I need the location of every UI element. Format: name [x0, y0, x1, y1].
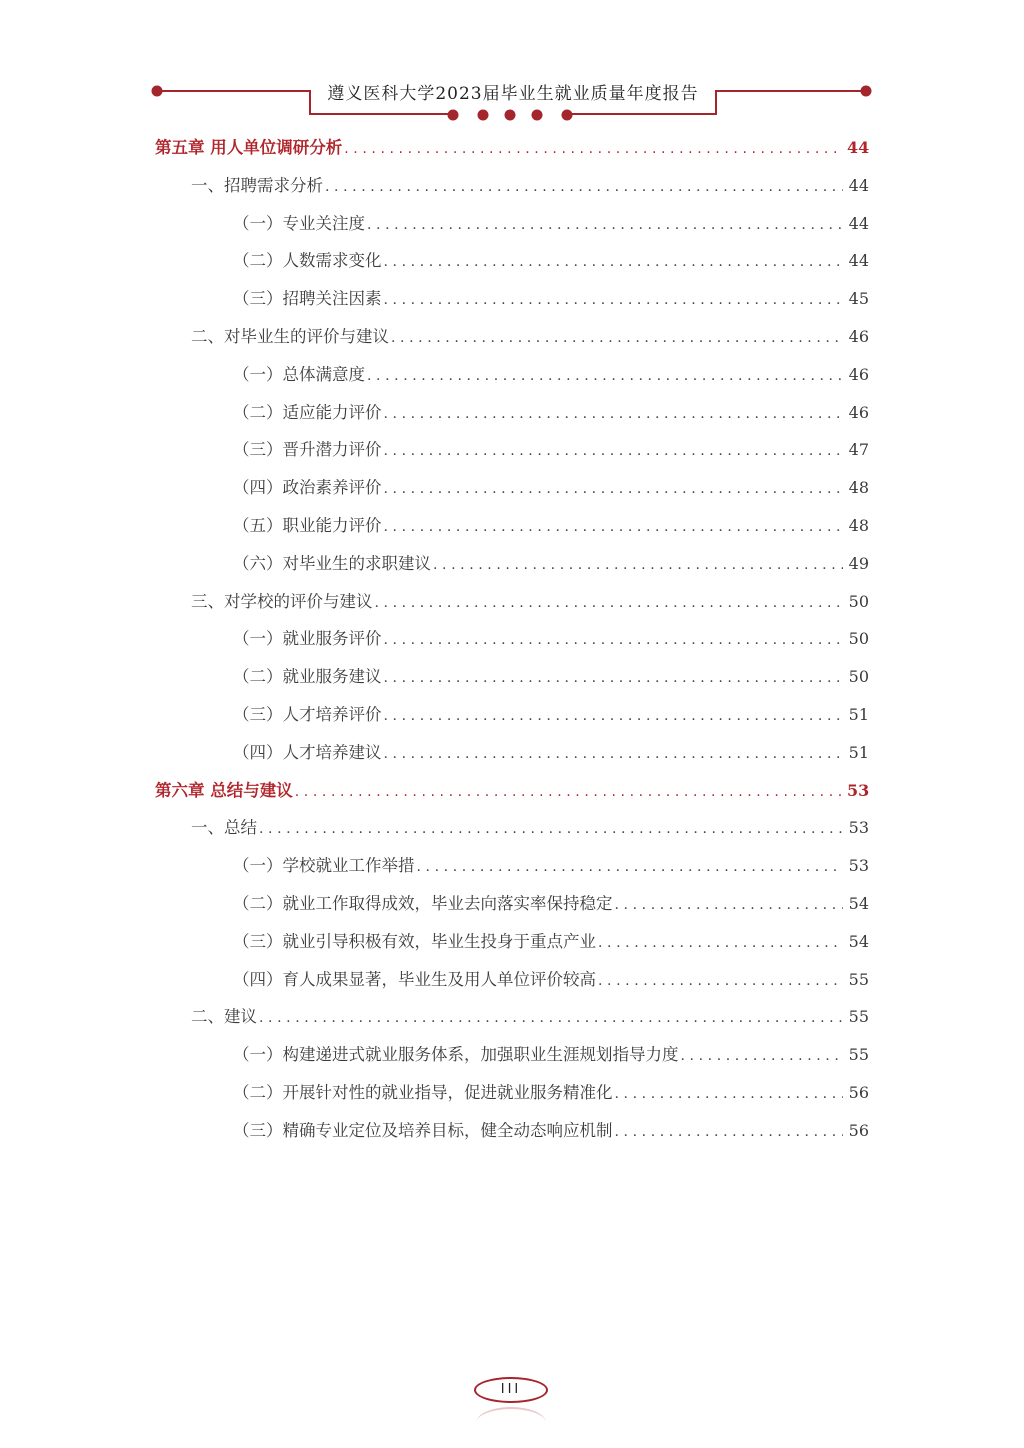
toc-subsection-entry[interactable]: （三）就业引导积极有效，毕业生投身于重点产业54: [233, 928, 869, 956]
toc-entry-label: （二）开展针对性的就业指导，促进就业服务精准化: [233, 1079, 613, 1107]
toc-entry-label: （三）就业引导积极有效，毕业生投身于重点产业: [233, 928, 596, 956]
toc-subsection-entry[interactable]: （一）就业服务评价50: [233, 625, 869, 653]
dot-leader: [615, 891, 844, 919]
toc-entry-label: （一）总体满意度: [233, 361, 365, 389]
dot-leader: [384, 400, 844, 428]
toc-section-entry[interactable]: 二、对毕业生的评价与建议46: [191, 323, 869, 351]
toc-subsection-entry[interactable]: （二）就业工作取得成效，毕业去向落实率保持稳定54: [233, 890, 869, 918]
toc-section-entry[interactable]: 一、总结53: [191, 814, 869, 842]
toc-entry-page: 51: [847, 701, 869, 729]
toc-entry-label: 一、招聘需求分析: [191, 172, 323, 200]
toc-entry-page: 56: [847, 1079, 869, 1107]
toc-subsection-entry[interactable]: （一）学校就业工作举措53: [233, 852, 869, 880]
toc-subsection-entry[interactable]: （四）政治素养评价48: [233, 474, 869, 502]
toc-entry-page: 53: [847, 777, 869, 805]
toc-entry-label: （四）政治素养评价: [233, 474, 382, 502]
dot-leader: [259, 815, 843, 843]
toc-section-entry[interactable]: 一、招聘需求分析44: [191, 172, 869, 200]
toc-entry-page: 45: [847, 285, 869, 313]
dot-leader: [384, 286, 844, 314]
dot-leader: [417, 853, 844, 881]
report-title: 遵义医科大学2023届毕业生就业质量年度报告: [310, 79, 716, 104]
toc-subsection-entry[interactable]: （三）精确专业定位及培养目标，健全动态响应机制56: [233, 1117, 869, 1145]
dot-leader: [681, 1042, 844, 1070]
dot-leader: [433, 551, 843, 579]
dot-leader: [391, 324, 843, 352]
toc-entry-page: 53: [847, 852, 869, 880]
dot-leader: [259, 1004, 843, 1032]
toc-entry-label: （四）育人成果显著，毕业生及用人单位评价较高: [233, 966, 596, 994]
toc-entry-label: （二）就业工作取得成效，毕业去向落实率保持稳定: [233, 890, 613, 918]
dot-leader: [598, 929, 843, 957]
toc-entry-page: 50: [847, 663, 869, 691]
toc-entry-label: （三）精确专业定位及培养目标，健全动态响应机制: [233, 1117, 613, 1145]
toc-subsection-entry[interactable]: （六）对毕业生的求职建议49: [233, 550, 869, 578]
toc-entry-label: （一）专业关注度: [233, 210, 365, 238]
page-number-reflection: [476, 1407, 546, 1423]
toc-entry-page: 54: [847, 890, 869, 918]
toc-entry-page: 46: [847, 323, 869, 351]
toc-entry-label: （二）适应能力评价: [233, 399, 382, 427]
toc-section-entry[interactable]: 三、对学校的评价与建议50: [191, 588, 869, 616]
page-header: 遵义医科大学2023届毕业生就业质量年度报告: [0, 0, 1024, 130]
page-footer: III: [472, 1375, 552, 1425]
ornament-dot-right: [861, 86, 872, 97]
toc-subsection-entry[interactable]: （四）人才培养建议51: [233, 739, 869, 767]
toc-entry-label: （五）职业能力评价: [233, 512, 382, 540]
toc-subsection-entry[interactable]: （一）总体满意度46: [233, 361, 869, 389]
dot-leader: [384, 702, 844, 730]
toc-entry-label: 一、总结: [191, 814, 257, 842]
toc-entry-label: （四）人才培养建议: [233, 739, 382, 767]
toc-entry-page: 50: [847, 625, 869, 653]
dot-leader: [344, 135, 843, 163]
toc-entry-page: 50: [847, 588, 869, 616]
toc-entry-label: （二）人数需求变化: [233, 247, 382, 275]
toc-entry-page: 44: [847, 172, 869, 200]
toc-entry-page: 46: [847, 399, 869, 427]
ornament-dot-left: [152, 86, 163, 97]
toc-entry-label: （一）学校就业工作举措: [233, 852, 415, 880]
toc-entry-page: 49: [847, 550, 869, 578]
toc-entry-page: 48: [847, 512, 869, 540]
header-ornament: [0, 0, 1024, 130]
dot-leader: [384, 475, 844, 503]
dot-leader: [367, 362, 843, 390]
dot-leader: [384, 740, 844, 768]
toc-subsection-entry[interactable]: （二）就业服务建议50: [233, 663, 869, 691]
toc-entry-page: 54: [847, 928, 869, 956]
dot-leader: [615, 1118, 844, 1146]
toc-subsection-entry[interactable]: （四）育人成果显著，毕业生及用人单位评价较高55: [233, 966, 869, 994]
toc-section-entry[interactable]: 二、建议55: [191, 1003, 869, 1031]
toc-entry-page: 51: [847, 739, 869, 767]
toc-entry-page: 47: [847, 436, 869, 464]
dot-leader: [615, 1080, 844, 1108]
toc-entry-label: 第五章 用人单位调研分析: [155, 134, 342, 162]
toc-subsection-entry[interactable]: （一）构建递进式就业服务体系，加强职业生涯规划指导力度55: [233, 1041, 869, 1069]
toc-chapter-entry[interactable]: 第六章 总结与建议53: [155, 777, 869, 805]
dot-leader: [325, 173, 843, 201]
toc-entry-label: 第六章 总结与建议: [155, 777, 293, 805]
toc-entry-page: 44: [847, 210, 869, 238]
toc-entry-label: （一）构建递进式就业服务体系，加强职业生涯规划指导力度: [233, 1041, 679, 1069]
toc-subsection-entry[interactable]: （二）人数需求变化44: [233, 247, 869, 275]
toc-entry-page: 44: [847, 134, 869, 162]
toc-entry-label: （三）人才培养评价: [233, 701, 382, 729]
toc-entry-page: 56: [847, 1117, 869, 1145]
toc-entry-label: 三、对学校的评价与建议: [191, 588, 373, 616]
toc-entry-label: （三）晋升潜力评价: [233, 436, 382, 464]
dot-leader: [295, 778, 843, 806]
toc-subsection-entry[interactable]: （五）职业能力评价48: [233, 512, 869, 540]
toc-entry-label: （二）就业服务建议: [233, 663, 382, 691]
toc-entry-label: 二、对毕业生的评价与建议: [191, 323, 389, 351]
toc-subsection-entry[interactable]: （二）适应能力评价46: [233, 399, 869, 427]
toc-subsection-entry[interactable]: （三）晋升潜力评价47: [233, 436, 869, 464]
toc-entry-label: （三）招聘关注因素: [233, 285, 382, 313]
dot-leader: [367, 211, 843, 239]
toc-entry-label: 二、建议: [191, 1003, 257, 1031]
dot-leader: [384, 437, 844, 465]
toc-subsection-entry[interactable]: （三）人才培养评价51: [233, 701, 869, 729]
dot-leader: [375, 589, 844, 617]
page-number: III: [474, 1377, 548, 1403]
toc-entry-page: 48: [847, 474, 869, 502]
toc-entry-page: 53: [847, 814, 869, 842]
toc-entry-page: 46: [847, 361, 869, 389]
dot-leader: [384, 664, 844, 692]
toc-entry-page: 44: [847, 247, 869, 275]
dot-leader: [598, 967, 843, 995]
dot-leader: [384, 513, 844, 541]
dot-leader: [384, 248, 844, 276]
toc-entry-label: （一）就业服务评价: [233, 625, 382, 653]
toc-subsection-entry[interactable]: （三）招聘关注因素45: [233, 285, 869, 313]
toc-subsection-entry[interactable]: （二）开展针对性的就业指导，促进就业服务精准化56: [233, 1079, 869, 1107]
toc-subsection-entry[interactable]: （一）专业关注度44: [233, 210, 869, 238]
toc-entry-page: 55: [847, 1041, 869, 1069]
dot-leader: [384, 626, 844, 654]
toc-chapter-entry[interactable]: 第五章 用人单位调研分析44: [155, 134, 869, 162]
toc-entry-page: 55: [847, 966, 869, 994]
toc-entry-label: （六）对毕业生的求职建议: [233, 550, 431, 578]
toc-entry-page: 55: [847, 1003, 869, 1031]
